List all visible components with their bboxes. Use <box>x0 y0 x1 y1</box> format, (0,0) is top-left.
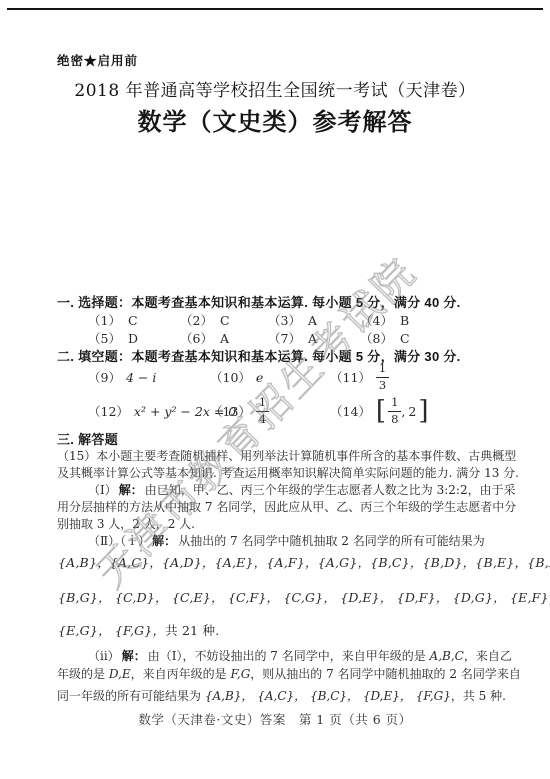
fill-answer-q10: （10）e <box>210 361 263 393</box>
q-answer: e <box>256 370 263 385</box>
text: 年级的是 <box>57 667 109 681</box>
fraction-numerator: 1 <box>388 396 401 411</box>
q-number: （12） <box>88 402 129 420</box>
q-number: （11） <box>330 368 371 386</box>
page-top-rule <box>7 8 543 10</box>
math-run: {A,B}， {A,C}， {B,C}， {D,E}， {F,G} <box>205 689 451 703</box>
q-number: （8） <box>360 331 393 346</box>
fill-answer-q14: （14）[18,2] <box>330 394 428 428</box>
fraction: 13 <box>376 362 389 391</box>
exam-answer-page: 绝密★启用前 2018 年普通高等学校招生全国统一考试（天津卷） 数学（文史类）… <box>0 0 550 779</box>
q-answer: 4 − i <box>126 370 156 385</box>
part1-line3: 别抽取 3 人，2 人，2 人. <box>57 516 499 533</box>
q-answer: A <box>220 331 229 346</box>
exam-title: 2018 年普通高等学校招生全国统一考试（天津卷） <box>0 76 550 101</box>
q-answer: A <box>308 313 317 328</box>
part2ii-line3: 同一年级的所有可能结果为 {A,B}， {A,C}， {B,C}， {D,E}，… <box>57 688 499 705</box>
q-number: （4） <box>360 313 393 328</box>
mc-answer-q6: （6）A <box>180 329 229 347</box>
fraction: 18 <box>388 396 401 425</box>
q-number: （10） <box>210 368 251 386</box>
mc-answer-row-2: （5）D （6）A （7）A （8）C <box>0 329 550 346</box>
text: ，共 5 种. <box>451 689 506 703</box>
solution-marker: 解： <box>152 534 176 548</box>
fraction-denominator: 8 <box>388 412 401 426</box>
outcome-sets-line3: {E,G}， {F,G}，共 21 种. <box>58 621 498 639</box>
solution-marker: 解： <box>122 649 146 663</box>
q-answer: B <box>400 313 409 328</box>
mc-answer-row-1: （1）C （2）C （3）A （4）B <box>0 311 550 328</box>
q-number: （6） <box>180 331 213 346</box>
mc-answer-q5: （5）D <box>88 329 138 347</box>
math-run: F,G <box>230 667 250 681</box>
mc-answer-q4: （4）B <box>360 311 409 329</box>
interval-separator: , <box>401 404 405 419</box>
right-bracket: ] <box>418 398 428 424</box>
q-answer: C <box>400 331 410 346</box>
text: ，则从抽出的 7 名同学中随机抽取的 2 名同学来自 <box>250 667 521 681</box>
left-bracket: [ <box>376 398 386 424</box>
outcome-count: 共 21 种. <box>165 623 219 638</box>
q-number: （13） <box>210 402 251 420</box>
q-number: （1） <box>88 313 121 328</box>
q-number: （2） <box>180 313 213 328</box>
mc-answer-q1: （1）C <box>88 311 138 329</box>
part2i-line: （Ⅱ）（ｉ）解：从抽出的 7 名同学中随机抽取 2 名同学的所有可能结果为 <box>57 533 499 550</box>
fill-answer-q11: （11）13 <box>330 361 389 393</box>
part1-label: （Ⅰ） <box>88 483 117 497</box>
security-classification: 绝密★启用前 <box>57 51 138 69</box>
part2i-text: 从抽出的 7 名同学中随机抽取 2 名同学的所有可能结果为 <box>178 534 485 548</box>
q-answer: A <box>308 331 317 346</box>
fill-answer-q9: （9）4 − i <box>88 361 156 393</box>
q-number: （14） <box>330 402 371 420</box>
mc-answer-q2: （2）C <box>180 311 230 329</box>
part2ii-line1: （ii）解：由（Ⅰ），不妨设抽出的 7 名同学中，来自甲年级的是 A,B,C，来… <box>57 648 499 665</box>
fraction: 14 <box>256 396 269 425</box>
fraction-denominator: 3 <box>376 378 389 392</box>
part2ii-line2: 年级的是 D,E，来自丙年级的是 F,G，则从抽出的 7 名同学中随机抽取的 2… <box>57 666 499 683</box>
fraction-denominator: 4 <box>256 412 269 426</box>
part2i-label: （Ⅱ）（ｉ） <box>88 534 150 548</box>
page-footer: 数学（天津卷·文史）答案 第 1 页（共 6 页） <box>0 710 550 728</box>
fill-answer-row-2: （12）x² + y² − 2x = 0 （13）14 （14）[18,2] <box>0 394 550 428</box>
part1-line2: 用分层抽样的方法从中抽取 7 名同学，因此应从甲、乙、丙三个年级的学生志愿者中分 <box>57 499 499 516</box>
q-number: （5） <box>88 331 121 346</box>
outcome-sets: {E,G}， {F,G}， <box>58 623 165 638</box>
mc-answer-q8: （8）C <box>360 329 410 347</box>
fill-answer-row-1: （9）4 − i （10）e （11）13 <box>0 361 550 393</box>
q-number: （3） <box>268 313 301 328</box>
interval-upper: 2 <box>408 404 416 419</box>
text: 同一年级的所有可能结果为 <box>57 689 205 703</box>
part2ii-label: （ii） <box>88 649 120 663</box>
q-number: （7） <box>268 331 301 346</box>
text: ，来自丙年级的是 <box>131 667 231 681</box>
section3-heading: 三. 解答题 <box>57 429 118 448</box>
part2ii-text-a: 由（Ⅰ），不妨设抽出的 7 名同学中，来自甲年级的是 <box>148 649 430 663</box>
q-answer: D <box>128 331 138 346</box>
q-number: （9） <box>88 368 121 386</box>
q-answer: C <box>220 313 230 328</box>
page-title: 数学（文史类）参考解答 <box>0 102 550 137</box>
q-answer: C <box>128 313 138 328</box>
solution-marker: 解： <box>119 483 143 497</box>
section1-heading: 一. 选择题：本题考查基本知识和基本运算. 每小题 5 分，满分 40 分. <box>57 292 461 311</box>
part1-text: 由已知，甲、乙、丙三个年级的学生志愿者人数之比为 3:2:2，由于采 <box>145 483 516 497</box>
fill-answer-q13: （13）14 <box>210 394 269 428</box>
fraction-numerator: 1 <box>376 362 389 377</box>
math-run: D,E <box>109 667 131 681</box>
part1-line1: （Ⅰ）解：由已知，甲、乙、丙三个年级的学生志愿者人数之比为 3:2:2，由于采 <box>57 482 499 499</box>
q15-intro-line2: 及其概率计算公式等基本知识. 考查运用概率知识解决简单实际问题的能力. 满分 1… <box>57 465 499 482</box>
fraction-numerator: 1 <box>256 396 269 411</box>
mc-answer-q3: （3）A <box>268 311 317 329</box>
outcome-sets-line1: {A,B}，{A,C}，{A,D}，{A,E}，{A,F}，{A,G}，{B,C… <box>58 553 498 571</box>
math-run: A,B,C <box>430 649 464 663</box>
part2ii-text-b: ，来自乙 <box>464 649 512 663</box>
outcome-sets-line2: {B,G}， {C,D}， {C,E}， {C,F}， {C,G}， {D,E}… <box>58 588 498 606</box>
mc-answer-q7: （7）A <box>268 329 317 347</box>
q15-intro-line1: （15）本小题主要考查随机抽样、用列举法计算随机事件所含的基本事件数、古典概型 <box>57 448 499 465</box>
